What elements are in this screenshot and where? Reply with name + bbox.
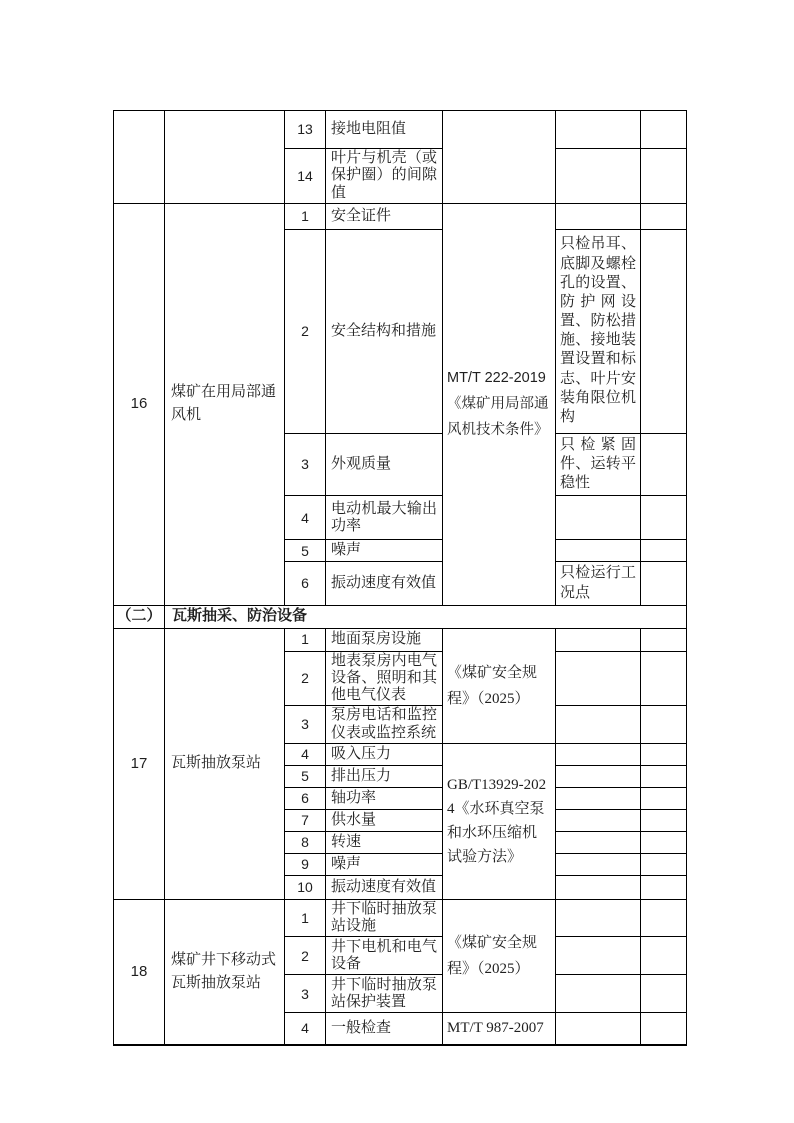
note-cell <box>556 831 641 853</box>
blank-cell <box>641 765 687 787</box>
standard-cell: MT/T 222-2019《煤矿用局部通风机技术条件》 <box>443 203 556 605</box>
item-label-cell: 排出压力 <box>326 765 443 787</box>
note-cell <box>556 743 641 765</box>
item-label-cell: 振动速度有效值 <box>326 562 443 605</box>
blank-cell <box>641 743 687 765</box>
note-cell <box>556 628 641 651</box>
item-no-cell: 4 <box>285 1013 326 1045</box>
blank-cell <box>641 149 687 204</box>
seq-cell: 17 <box>114 628 165 899</box>
note-cell: 只检紧固件、运转平稳性 <box>556 433 641 496</box>
name-cell-empty <box>165 111 285 204</box>
section-header-row: （二） 瓦斯抽采、防治设备 <box>114 605 687 628</box>
item-label-cell: 一般检查 <box>326 1013 443 1045</box>
note-cell <box>556 937 641 975</box>
blank-cell <box>641 111 687 149</box>
note-cell <box>556 149 641 204</box>
item-label-cell: 噪声 <box>326 540 443 562</box>
item-label-cell: 电动机最大输出功率 <box>326 496 443 540</box>
note-cell <box>556 787 641 809</box>
blank-cell <box>641 229 687 433</box>
item-label-cell: 地面泵房设施 <box>326 628 443 651</box>
seq-cell: 16 <box>114 203 165 605</box>
item-no-cell: 6 <box>285 787 326 809</box>
blank-cell <box>641 433 687 496</box>
name-cell: 瓦斯抽放泵站 <box>165 628 285 899</box>
table-row: 13 接地电阻值 <box>114 111 687 149</box>
note-cell <box>556 899 641 937</box>
section-title-cell: 瓦斯抽采、防治设备 <box>165 605 687 628</box>
item-no-cell: 8 <box>285 831 326 853</box>
section-index-cell: （二） <box>114 605 165 628</box>
note-cell <box>556 1013 641 1045</box>
blank-cell <box>641 899 687 937</box>
blank-cell <box>641 809 687 831</box>
blank-cell <box>641 875 687 899</box>
table-row: 16 煤矿在用局部通风机 1 安全证件 MT/T 222-2019《煤矿用局部通… <box>114 203 687 229</box>
note-cell <box>556 111 641 149</box>
blank-cell <box>641 975 687 1013</box>
item-no-cell: 1 <box>285 899 326 937</box>
item-label-cell: 叶片与机壳（或保护圈）的间隙值 <box>326 149 443 204</box>
item-no-cell: 13 <box>285 111 326 149</box>
standard-cell: 《煤矿安全规程》（2025） <box>443 628 556 743</box>
standard-cell: GB/T13929-2024《水环真空泵和水环压缩机试验方法》 <box>443 743 556 899</box>
item-no-cell: 9 <box>285 853 326 875</box>
item-no-cell: 1 <box>285 628 326 651</box>
note-cell: 只检吊耳、底脚及螺栓孔的设置、防护网设置、防松措施、接地装置设置和标志、叶片安装… <box>556 229 641 433</box>
item-no-cell: 14 <box>285 149 326 204</box>
seq-cell-empty <box>114 111 165 204</box>
item-label-cell: 安全证件 <box>326 203 443 229</box>
blank-cell <box>641 853 687 875</box>
item-label-cell: 轴功率 <box>326 787 443 809</box>
item-no-cell: 4 <box>285 496 326 540</box>
blank-cell <box>641 706 687 744</box>
item-label-cell: 接地电阻值 <box>326 111 443 149</box>
blank-cell <box>641 562 687 605</box>
item-no-cell: 10 <box>285 875 326 899</box>
item-label-cell: 安全结构和措施 <box>326 229 443 433</box>
blank-cell <box>641 937 687 975</box>
item-no-cell: 2 <box>285 937 326 975</box>
note-cell <box>556 540 641 562</box>
name-cell: 煤矿井下移动式瓦斯抽放泵站 <box>165 899 285 1044</box>
item-no-cell: 4 <box>285 743 326 765</box>
item-label-cell: 供水量 <box>326 809 443 831</box>
standard-cell: MT/T 987-2007 <box>443 1013 556 1045</box>
note-cell <box>556 875 641 899</box>
name-cell: 煤矿在用局部通风机 <box>165 203 285 605</box>
item-no-cell: 1 <box>285 203 326 229</box>
blank-cell <box>641 496 687 540</box>
blank-cell <box>641 628 687 651</box>
item-label-cell: 振动速度有效值 <box>326 875 443 899</box>
note-cell <box>556 203 641 229</box>
blank-cell <box>641 831 687 853</box>
document-page: 13 接地电阻值 14 叶片与机壳（或保护圈）的间隙值 16 煤矿在用局部通风机… <box>0 0 794 1123</box>
item-no-cell: 2 <box>285 651 326 706</box>
item-no-cell: 3 <box>285 975 326 1013</box>
note-cell <box>556 496 641 540</box>
item-label-cell: 井下电机和电气设备 <box>326 937 443 975</box>
item-label-cell: 泵房电话和监控仪表或监控系统 <box>326 706 443 744</box>
standard-cell: 《煤矿安全规程》（2025） <box>443 899 556 1013</box>
item-no-cell: 3 <box>285 706 326 744</box>
inspection-table: 13 接地电阻值 14 叶片与机壳（或保护圈）的间隙值 16 煤矿在用局部通风机… <box>113 110 687 1046</box>
item-label-cell: 外观质量 <box>326 433 443 496</box>
blank-cell <box>641 1013 687 1045</box>
item-label-cell: 井下临时抽放泵站保护装置 <box>326 975 443 1013</box>
item-label-cell: 噪声 <box>326 853 443 875</box>
item-no-cell: 5 <box>285 765 326 787</box>
seq-cell: 18 <box>114 899 165 1044</box>
item-no-cell: 6 <box>285 562 326 605</box>
item-label-cell: 井下临时抽放泵站设施 <box>326 899 443 937</box>
note-cell <box>556 765 641 787</box>
item-no-cell: 3 <box>285 433 326 496</box>
table-row: 17 瓦斯抽放泵站 1 地面泵房设施 《煤矿安全规程》（2025） <box>114 628 687 651</box>
note-cell <box>556 706 641 744</box>
item-label-cell: 地表泵房内电气设备、照明和其他电气仪表 <box>326 651 443 706</box>
blank-cell <box>641 651 687 706</box>
standard-cell-empty <box>443 111 556 204</box>
item-no-cell: 2 <box>285 229 326 433</box>
blank-cell <box>641 787 687 809</box>
item-label-cell: 吸入压力 <box>326 743 443 765</box>
note-cell <box>556 651 641 706</box>
blank-cell <box>641 540 687 562</box>
note-cell <box>556 853 641 875</box>
item-no-cell: 7 <box>285 809 326 831</box>
item-no-cell: 5 <box>285 540 326 562</box>
blank-cell <box>641 203 687 229</box>
note-cell <box>556 809 641 831</box>
note-cell <box>556 975 641 1013</box>
table-row: 18 煤矿井下移动式瓦斯抽放泵站 1 井下临时抽放泵站设施 《煤矿安全规程》（2… <box>114 899 687 937</box>
note-cell: 只检运行工况点 <box>556 562 641 605</box>
item-label-cell: 转速 <box>326 831 443 853</box>
